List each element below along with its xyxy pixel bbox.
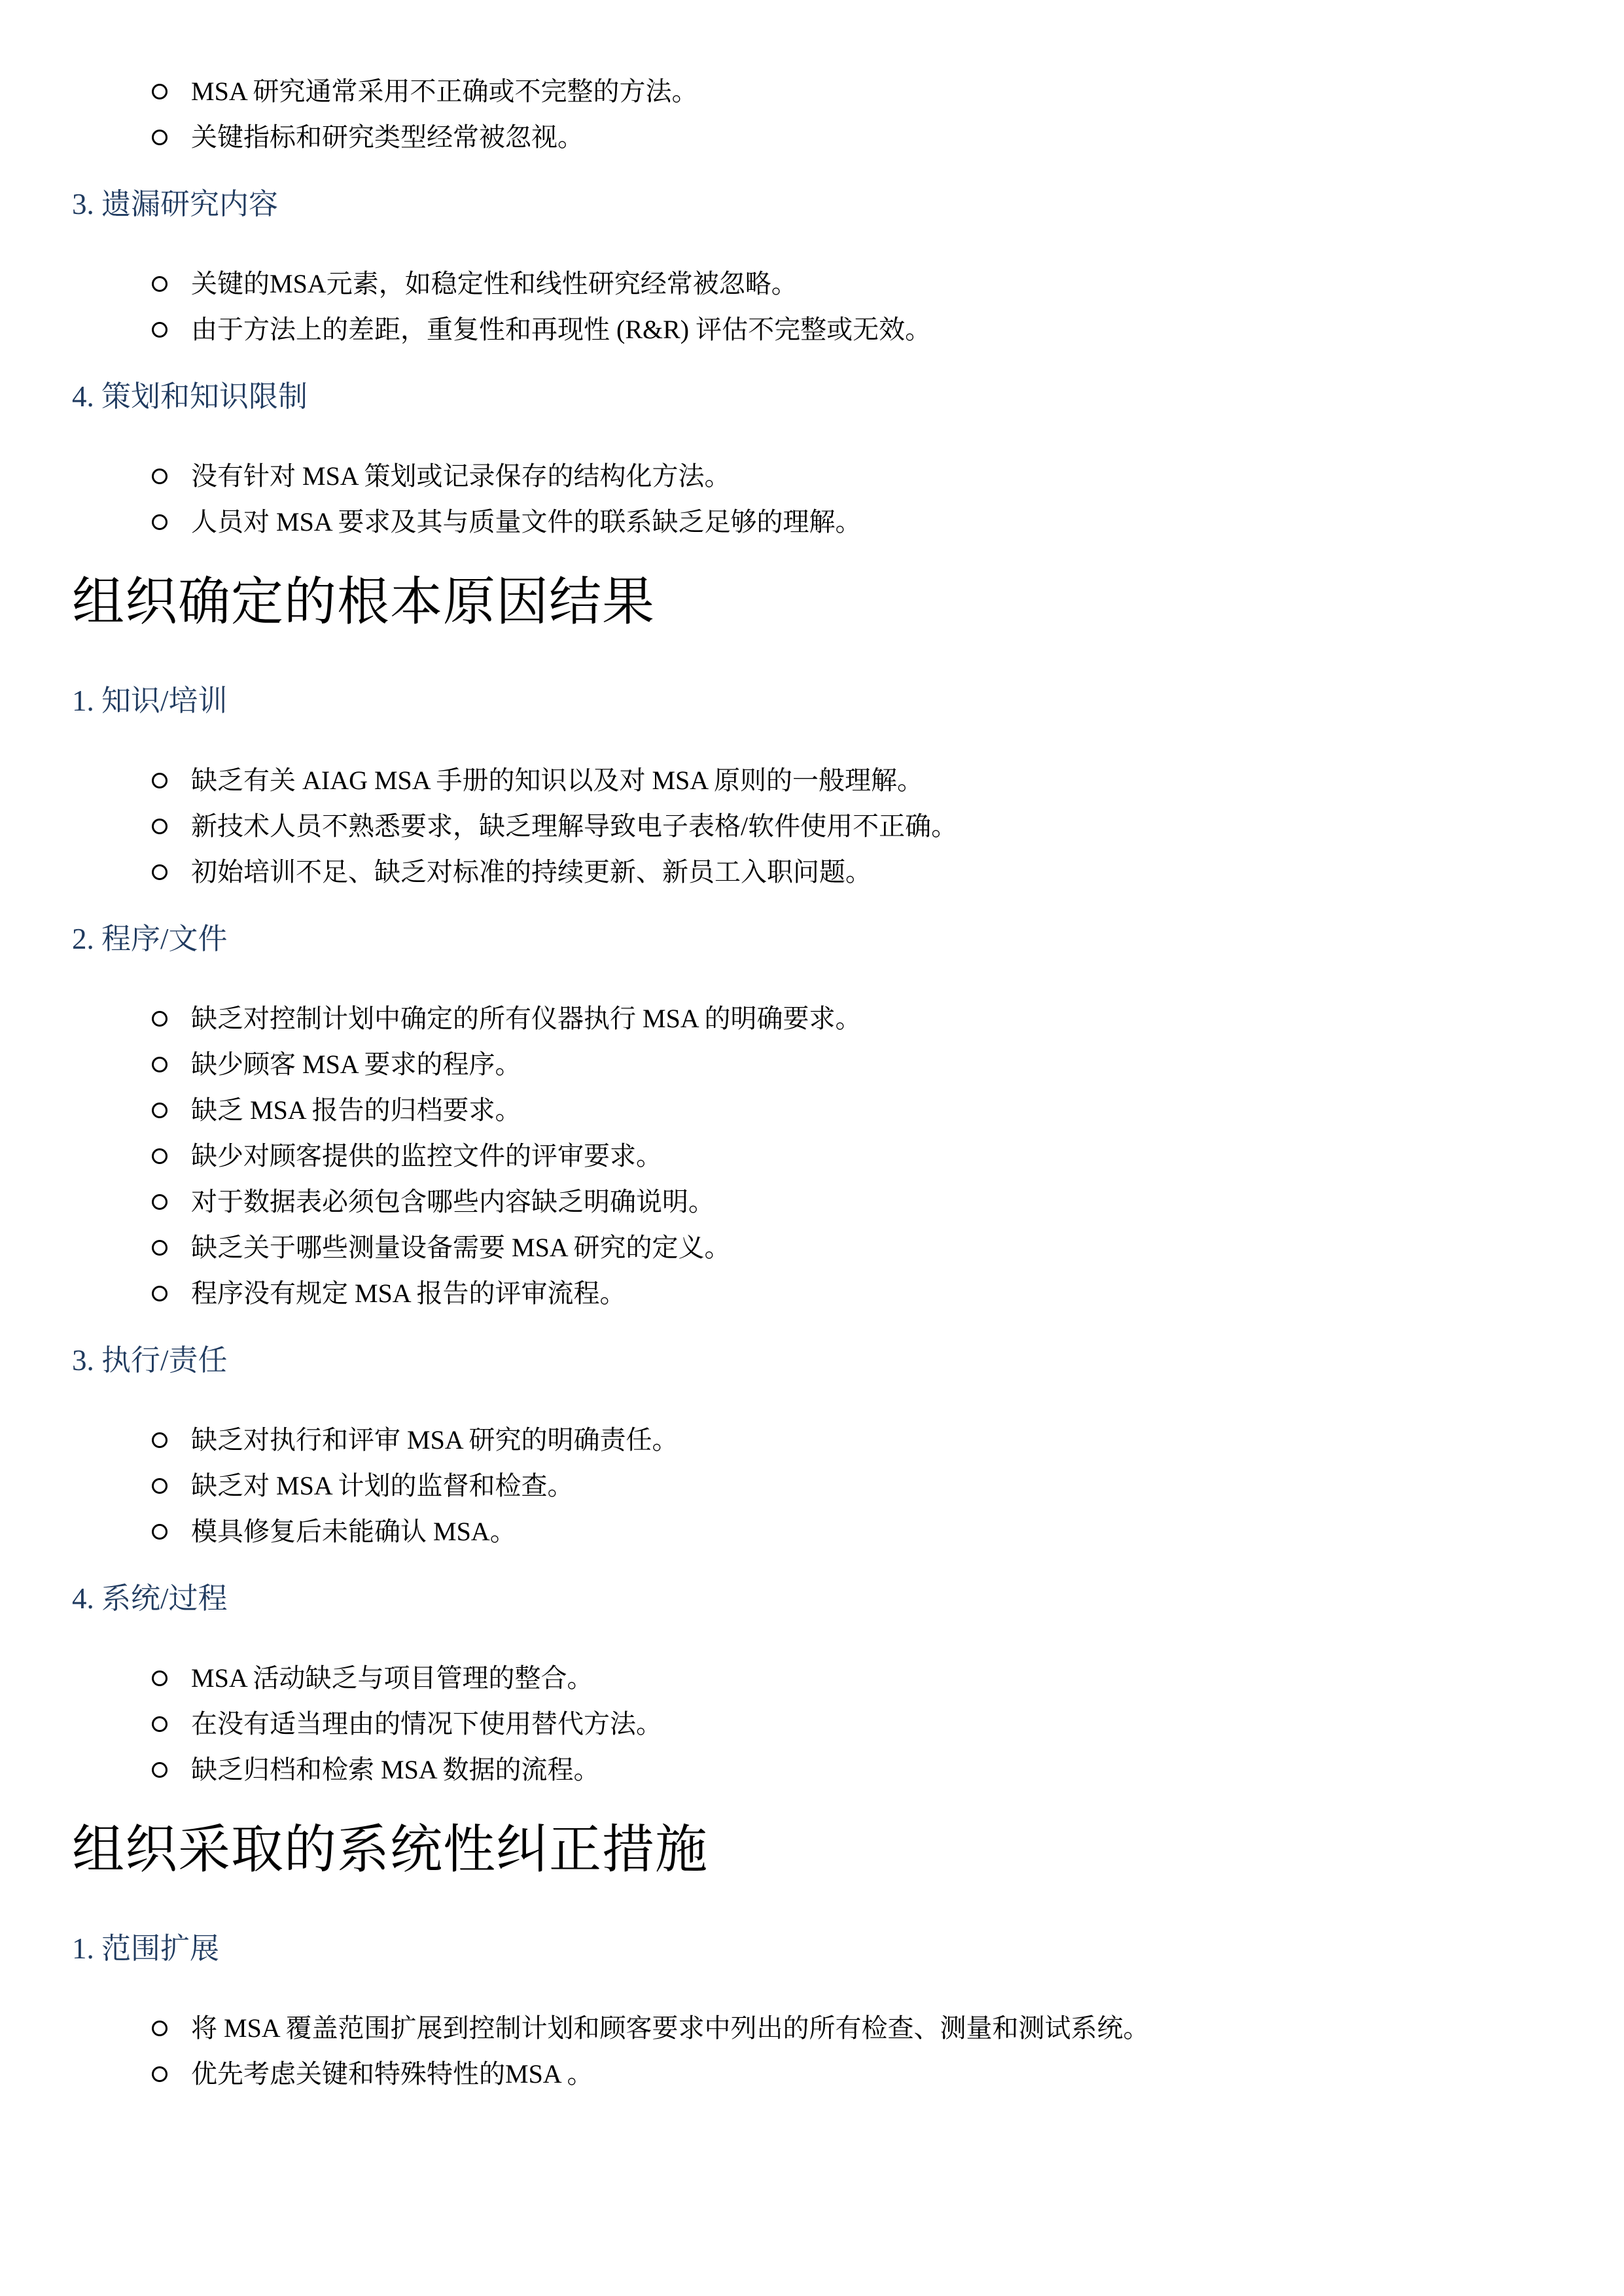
list-item-text: 关键指标和研究类型经常被忽视。 (191, 121, 1559, 154)
list-item-text: MSA 活动缺乏与项目管理的整合。 (191, 1662, 1559, 1695)
circle-bullet-icon (152, 819, 168, 834)
list-item: 缺少对顾客提供的监控文件的评审要求。 (152, 1140, 1559, 1173)
list-item: 初始培训不足、缺乏对标准的持续更新、新员工入职问题。 (152, 856, 1559, 889)
list-item-text: 缺乏对执行和评审 MSA 研究的明确责任。 (191, 1424, 1559, 1457)
bullet-list: 关键的MSA元素，如稳定性和线性研究经常被忽略。由于方法上的差距，重复性和再现性… (72, 268, 1559, 346)
list-item-text: 缺乏关于哪些测量设备需要 MSA 研究的定义。 (191, 1231, 1559, 1264)
circle-bullet-icon (152, 84, 168, 99)
circle-bullet-icon (152, 1148, 168, 1164)
list-item-text: 缺乏对 MSA 计划的监督和检查。 (191, 1470, 1559, 1502)
list-item-text: 缺少对顾客提供的监控文件的评审要求。 (191, 1140, 1559, 1173)
list-item-text: 没有针对 MSA 策划或记录保存的结构化方法。 (191, 460, 1559, 493)
list-item: 缺乏对执行和评审 MSA 研究的明确责任。 (152, 1424, 1559, 1457)
list-item: 缺乏对控制计划中确定的所有仪器执行 MSA 的明确要求。 (152, 1002, 1559, 1035)
list-item: 关键指标和研究类型经常被忽视。 (152, 121, 1559, 154)
numbered-sub-heading: 4. 系统/过程 (72, 1581, 1559, 1616)
list-item-text: 缺乏归档和检索 MSA 数据的流程。 (191, 1754, 1559, 1786)
list-item-text: 由于方法上的差距，重复性和再现性 (R&R) 评估不完整或无效。 (191, 313, 1559, 346)
circle-bullet-icon (152, 514, 168, 530)
list-item: 缺乏有关 AIAG MSA 手册的知识以及对 MSA 原则的一般理解。 (152, 764, 1559, 797)
list-item: 对于数据表必须包含哪些内容缺乏明确说明。 (152, 1186, 1559, 1218)
circle-bullet-icon (152, 2021, 168, 2036)
list-item: 关键的MSA元素，如稳定性和线性研究经常被忽略。 (152, 268, 1559, 300)
list-item: 模具修复后未能确认 MSA。 (152, 1515, 1559, 1548)
list-item-text: 新技术人员不熟悉要求，缺乏理解导致电子表格/软件使用不正确。 (191, 810, 1559, 843)
numbered-sub-heading: 4. 策划和知识限制 (72, 379, 1559, 414)
list-item-text: 模具修复后未能确认 MSA。 (191, 1515, 1559, 1548)
bullet-list: MSA 活动缺乏与项目管理的整合。在没有适当理由的情况下使用替代方法。缺乏归档和… (72, 1662, 1559, 1786)
list-item-text: 初始培训不足、缺乏对标准的持续更新、新员工入职问题。 (191, 856, 1559, 889)
circle-bullet-icon (152, 1762, 168, 1778)
numbered-sub-heading: 1. 范围扩展 (72, 1931, 1559, 1966)
document-content: MSA 研究通常采用不正确或不完整的方法。关键指标和研究类型经常被忽视。3. 遗… (72, 75, 1559, 2091)
circle-bullet-icon (152, 2066, 168, 2082)
list-item: 人员对 MSA 要求及其与质量文件的联系缺乏足够的理解。 (152, 506, 1559, 539)
list-item-text: 缺乏有关 AIAG MSA 手册的知识以及对 MSA 原则的一般理解。 (191, 764, 1559, 797)
circle-bullet-icon (152, 1194, 168, 1210)
bullet-list: 没有针对 MSA 策划或记录保存的结构化方法。人员对 MSA 要求及其与质量文件… (72, 460, 1559, 539)
list-item-text: 优先考虑关键和特殊特性的MSA 。 (191, 2058, 1559, 2091)
circle-bullet-icon (152, 1057, 168, 1072)
list-item: 程序没有规定 MSA 报告的评审流程。 (152, 1277, 1559, 1310)
list-item: 缺少顾客 MSA 要求的程序。 (152, 1048, 1559, 1081)
circle-bullet-icon (152, 1103, 168, 1118)
list-item-text: 关键的MSA元素，如稳定性和线性研究经常被忽略。 (191, 268, 1559, 300)
bullet-list: 将 MSA 覆盖范围扩展到控制计划和顾客要求中列出的所有检查、测量和测试系统。优… (72, 2012, 1559, 2091)
numbered-sub-heading: 2. 程序/文件 (72, 921, 1559, 957)
list-item: 缺乏 MSA 报告的归档要求。 (152, 1094, 1559, 1127)
list-item-text: 缺乏 MSA 报告的归档要求。 (191, 1094, 1559, 1127)
list-item-text: 程序没有规定 MSA 报告的评审流程。 (191, 1277, 1559, 1310)
list-item: MSA 研究通常采用不正确或不完整的方法。 (152, 75, 1559, 108)
list-item: 缺乏归档和检索 MSA 数据的流程。 (152, 1754, 1559, 1786)
list-item-text: 对于数据表必须包含哪些内容缺乏明确说明。 (191, 1186, 1559, 1218)
list-item: 缺乏对 MSA 计划的监督和检查。 (152, 1470, 1559, 1502)
circle-bullet-icon (152, 1478, 168, 1494)
bullet-list: 缺乏有关 AIAG MSA 手册的知识以及对 MSA 原则的一般理解。新技术人员… (72, 764, 1559, 889)
numbered-sub-heading: 3. 执行/责任 (72, 1343, 1559, 1378)
list-item: MSA 活动缺乏与项目管理的整合。 (152, 1662, 1559, 1695)
circle-bullet-icon (152, 773, 168, 788)
list-item: 将 MSA 覆盖范围扩展到控制计划和顾客要求中列出的所有检查、测量和测试系统。 (152, 2012, 1559, 2045)
circle-bullet-icon (152, 130, 168, 145)
bullet-list: MSA 研究通常采用不正确或不完整的方法。关键指标和研究类型经常被忽视。 (72, 75, 1559, 154)
list-item: 在没有适当理由的情况下使用替代方法。 (152, 1708, 1559, 1740)
main-section-heading: 组织确定的根本原因结果 (72, 571, 1559, 634)
list-item-text: 将 MSA 覆盖范围扩展到控制计划和顾客要求中列出的所有检查、测量和测试系统。 (191, 2012, 1559, 2045)
list-item: 缺乏关于哪些测量设备需要 MSA 研究的定义。 (152, 1231, 1559, 1264)
list-item: 新技术人员不熟悉要求，缺乏理解导致电子表格/软件使用不正确。 (152, 810, 1559, 843)
list-item: 由于方法上的差距，重复性和再现性 (R&R) 评估不完整或无效。 (152, 313, 1559, 346)
bullet-list: 缺乏对执行和评审 MSA 研究的明确责任。缺乏对 MSA 计划的监督和检查。模具… (72, 1424, 1559, 1548)
main-section-heading: 组织采取的系统性纠正措施 (72, 1819, 1559, 1882)
bullet-list: 缺乏对控制计划中确定的所有仪器执行 MSA 的明确要求。缺少顾客 MSA 要求的… (72, 1002, 1559, 1310)
circle-bullet-icon (152, 1432, 168, 1448)
circle-bullet-icon (152, 276, 168, 292)
list-item-text: 在没有适当理由的情况下使用替代方法。 (191, 1708, 1559, 1740)
circle-bullet-icon (152, 1011, 168, 1027)
list-item: 优先考虑关键和特殊特性的MSA 。 (152, 2058, 1559, 2091)
list-item-text: 缺乏对控制计划中确定的所有仪器执行 MSA 的明确要求。 (191, 1002, 1559, 1035)
circle-bullet-icon (152, 1716, 168, 1732)
circle-bullet-icon (152, 322, 168, 338)
list-item: 没有针对 MSA 策划或记录保存的结构化方法。 (152, 460, 1559, 493)
numbered-sub-heading: 3. 遗漏研究内容 (72, 186, 1559, 222)
circle-bullet-icon (152, 1240, 168, 1256)
circle-bullet-icon (152, 1670, 168, 1686)
circle-bullet-icon (152, 468, 168, 484)
circle-bullet-icon (152, 1524, 168, 1540)
numbered-sub-heading: 1. 知识/培训 (72, 683, 1559, 718)
circle-bullet-icon (152, 1286, 168, 1301)
circle-bullet-icon (152, 864, 168, 880)
list-item-text: 人员对 MSA 要求及其与质量文件的联系缺乏足够的理解。 (191, 506, 1559, 539)
list-item-text: MSA 研究通常采用不正确或不完整的方法。 (191, 75, 1559, 108)
document-page: MSA 研究通常采用不正确或不完整的方法。关键指标和研究类型经常被忽视。3. 遗… (0, 0, 1624, 2296)
list-item-text: 缺少顾客 MSA 要求的程序。 (191, 1048, 1559, 1081)
